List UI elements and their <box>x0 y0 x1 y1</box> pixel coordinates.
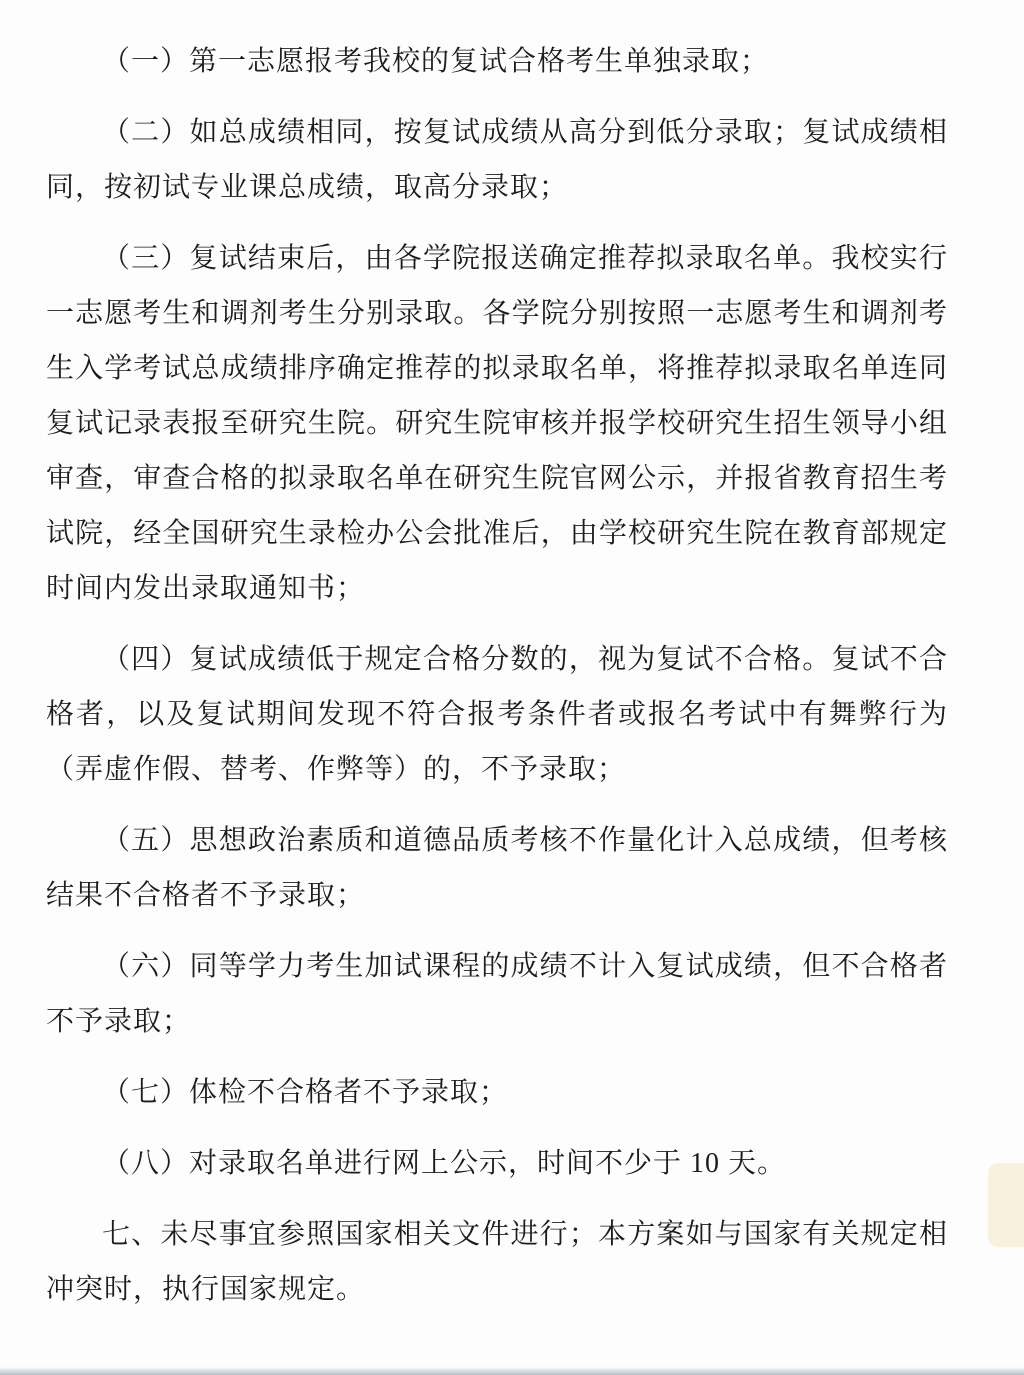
clause-paragraph-8: （八）对录取名单进行网上公示，时间不少于 10 天。 <box>46 1136 948 1191</box>
scan-edge-shadow-bottom <box>0 1367 1024 1375</box>
clause-paragraph-1: （一）第一志愿报考我校的复试合格考生单独录取； <box>46 34 948 89</box>
scanned-document-page: （一）第一志愿报考我校的复试合格考生单独录取； （二）如总成绩相同，按复试成绩从… <box>0 0 1024 1375</box>
clause-paragraph-3: （三）复试结束后，由各学院报送确定推荐拟录取名单。我校实行一志愿考生和调剂考生分… <box>46 231 948 616</box>
clause-paragraph-7: （七）体检不合格者不予录取； <box>46 1065 948 1120</box>
clause-paragraph-6: （六）同等学力考生加试课程的成绩不计入复试成绩，但不合格者不予录取； <box>46 939 948 1049</box>
scan-artifact-right <box>988 1163 1024 1247</box>
clause-paragraph-5: （五）思想政治素质和道德品质考核不作量化计入总成绩，但考核结果不合格者不予录取； <box>46 813 948 923</box>
document-body: （一）第一志愿报考我校的复试合格考生单独录取； （二）如总成绩相同，按复试成绩从… <box>0 0 1024 1317</box>
clause-paragraph-2: （二）如总成绩相同，按复试成绩从高分到低分录取；复试成绩相同，按初试专业课总成绩… <box>46 105 948 215</box>
clause-paragraph-4: （四）复试成绩低于规定合格分数的，视为复试不合格。复试不合格者，以及复试期间发现… <box>46 632 948 797</box>
section-seven-paragraph: 七、未尽事宜参照国家相关文件进行；本方案如与国家有关规定相冲突时，执行国家规定。 <box>46 1207 948 1317</box>
